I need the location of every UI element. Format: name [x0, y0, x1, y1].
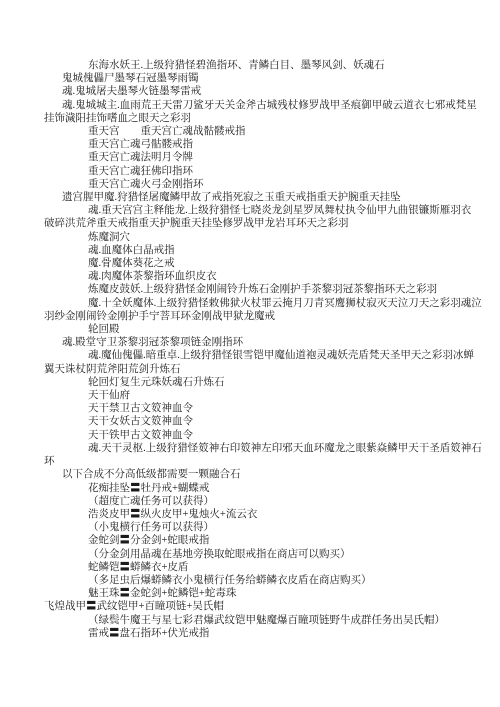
- document-line: （超度亡魂任务可以获得）: [0, 495, 500, 508]
- document-line: 魂.重天宫宫主释能龙.上级狩猎怪七晓炎龙剑星罗凤舞杖执令仙甲九曲银镰斯雁羽衣: [0, 204, 500, 217]
- document-line: （小鬼横行任务可以获得）: [0, 521, 500, 534]
- document-line: 轮回殿: [0, 323, 500, 336]
- document-line: 飞煌战甲〓武纹铠甲+百瞳项链+吴氏帽: [0, 600, 500, 613]
- document-line: 重天宫亡魂狂佛印指环: [0, 165, 500, 178]
- document-line: 魂.魔仙傀儡.暗重卓.上级狩猎怪银雪铠甲魔仙道袍灵魂妖壳盾梵天圣甲天之彩羽冰蝉: [0, 349, 500, 362]
- document-line: 东海水妖王.上级狩猎怪碧渔指环、青鳞白目、墨琴风剑、妖魂石: [0, 59, 500, 72]
- document-line: 鬼城傀儡尸墨琴石冠墨琴雨镯: [0, 72, 500, 85]
- document-line: 以下合成不分高低级都需要一颗融合石: [0, 468, 500, 481]
- document-line: 蛇鳞铠〓蟒鳞衣+皮盾: [0, 561, 500, 574]
- document-line: 遗宫腥甲魔.狩猎怪屠魔鳞甲故了戒指死寂之玉重天戒指重天护腕重天挂坠: [0, 191, 500, 204]
- document-line: 炼魔皮鼓妖.上级狩猎怪金刚闹铃升炼石金刚护手茶黎羽冠茶黎指环天之彩羽: [0, 283, 500, 296]
- document-line: 重天宫亡魂法明月令牌: [0, 151, 500, 164]
- document-line: 金蛇剑〓分金剑+蛇眼戒指: [0, 534, 500, 547]
- document-line: 天干禁卫古文笯神血令: [0, 402, 500, 415]
- document-line: 魂.鬼城城主.血雨荒王天雷刀鲨牙天关金斧古城残杖修罗战甲圣痕御甲破云道衣七邪戒梵…: [0, 99, 500, 112]
- document-line: 环: [0, 455, 500, 468]
- document-line: 破碎洪荒斧重天戒指重天护腕重天挂坠修罗战甲龙岩耳环天之彩羽: [0, 217, 500, 230]
- document-line: 浩炎皮甲〓纵火皮甲+鬼烛火+流云衣: [0, 508, 500, 521]
- document-line: 魔.十全妖魔体.上级狩猎怪敕佛狱火杖罪云掩月刀青冥鹰狮杖寂灭天泣刀天之彩羽魂泣: [0, 297, 500, 310]
- document-line: 魂.肉魔体茶黎指环血织皮衣: [0, 270, 500, 283]
- document-line: 魔.骨魔体葵花之戒: [0, 257, 500, 270]
- document-line: 重天宫亡魂火弓金刚指环: [0, 178, 500, 191]
- document-line: 炼魔洞穴: [0, 231, 500, 244]
- document-line: 花痴挂坠〓牡丹戒+蝴蝶戒: [0, 482, 500, 495]
- document-line: 魂.殿堂守卫茶黎羽冠茶黎项链金刚指环: [0, 336, 500, 349]
- document-line: （分金剑用晶魂在基地旁换取蛇眼戒指在商店可以购买）: [0, 548, 500, 561]
- document-line: 雷戒〓盘石指环+伏光戒指: [0, 627, 500, 640]
- document-line: 天干仙府: [0, 389, 500, 402]
- document-line: 挂饰濊阳挂饰嗜血之眼天之彩羽: [0, 112, 500, 125]
- document-line: 羽纱金刚闹铃金刚护手宁菩耳环金刚战甲狱龙魔戒: [0, 310, 500, 323]
- document-line: 魂.鬼城屠夫墨琴火链墨琴雷戒: [0, 85, 500, 98]
- document-line: 重天宫亡魂弓骷髅戒指: [0, 138, 500, 151]
- document-line: 翼天诛杖阴荒斧阳荒剑升炼石: [0, 363, 500, 376]
- document-line: 魂.天干灵枢.上级狩猎怪笯神右印笯神左印邪天血环魔龙之眼紫焱鳞甲天干圣盾笯神石: [0, 442, 500, 455]
- document-line: 魂.血魔体白晶戒指: [0, 244, 500, 257]
- document-line: （绿鬓牛魔王与星七彩君爆武纹铠甲魅魔爆百瞳项链野牛成群任务出吴氏帽）: [0, 614, 500, 627]
- document-line: （多足虫后爆蟒鳞衣小鬼横行任务给蟒鳞衣皮盾在商店购买）: [0, 574, 500, 587]
- document-line: 轮回灯复生元珠妖魂石升炼石: [0, 376, 500, 389]
- document-page: 东海水妖王.上级狩猎怪碧渔指环、青鳞白目、墨琴风剑、妖魂石鬼城傀儡尸墨琴石冠墨琴…: [0, 59, 500, 707]
- document-line: 重天宫 重天宫亡魂战骷髅戒指: [0, 125, 500, 138]
- document-line: 天干铁甲古文笯神血令: [0, 429, 500, 442]
- document-line: 天干女妖古文笯神血令: [0, 415, 500, 428]
- document-line: 魅王珠〓金蛇剑+蛇鳞铠+蛇毒珠: [0, 587, 500, 600]
